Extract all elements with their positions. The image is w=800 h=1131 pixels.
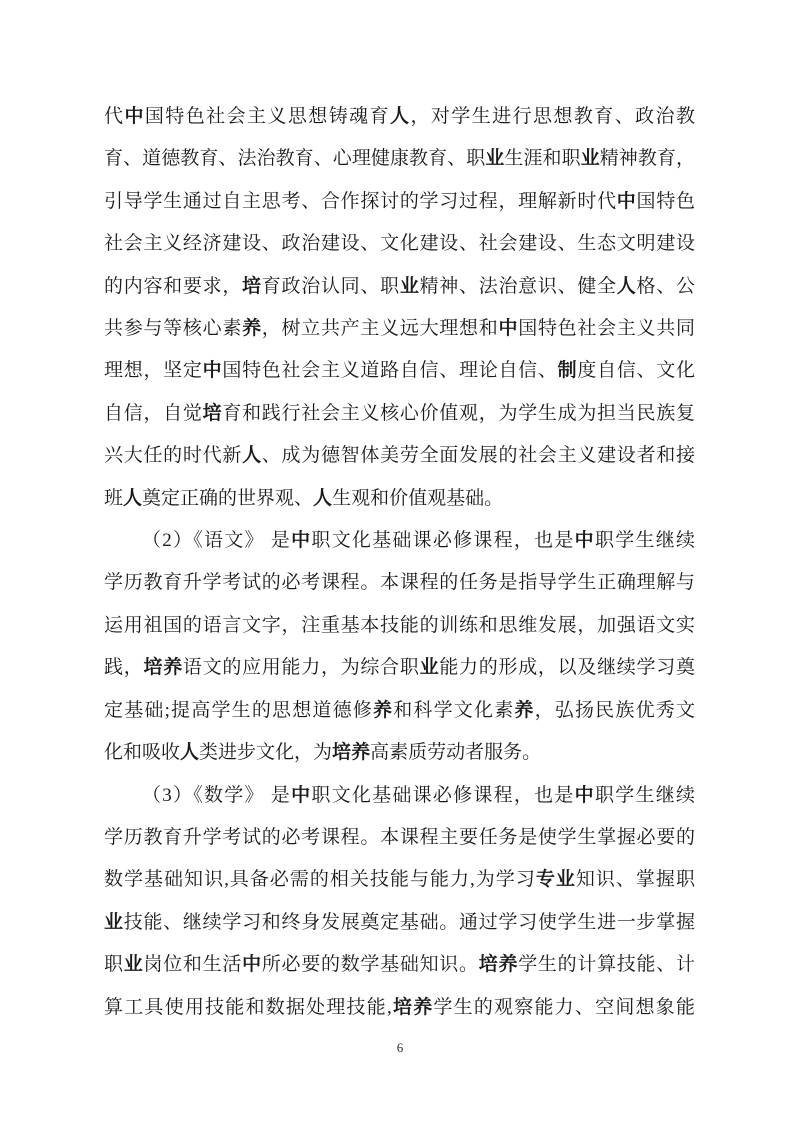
emphasized-char: 中 (124, 106, 144, 127)
text-line: 学历教育升学考试的必考课程。本课程主要任务是使学生掌握必要的 (104, 817, 695, 859)
emphasized-char: 养 (351, 742, 370, 763)
emphasized-char: 中 (498, 318, 518, 339)
text-line: 育、道德教育、法治教育、心理健康教育、职业生涯和职业精神教育， (104, 138, 695, 180)
paragraph: 代中国特色社会主义思想铸魂育人，对学生进行思想教育、政治教育、道德教育、法治教育… (104, 96, 695, 520)
document-body: 代中国特色社会主义思想铸魂育人，对学生进行思想教育、政治教育、道德教育、法治教育… (104, 96, 695, 1029)
emphasized-char: 业 (124, 954, 144, 975)
emphasized-char: 业 (581, 148, 600, 169)
emphasized-char: 人 (242, 445, 262, 466)
emphasized-char: 人 (313, 488, 332, 509)
text-line: 社会主义经济建设、政治建设、文化建设、社会建设、生态文明建设 (104, 223, 695, 265)
emphasized-char: 中 (203, 360, 223, 381)
text-line: 化和吸收人类进步文化，为培养高素质劳动者服务。 (104, 732, 695, 774)
emphasized-char: 培 (203, 403, 223, 424)
emphasized-char: 培 (392, 997, 413, 1018)
text-line: 共参与等核心素养，树立共产主义远大理想和中国特色社会主义共同 (104, 308, 695, 350)
text-line: 数学基础知识,具备必需的相关技能与能力,为学习专业知识、掌握职 (104, 859, 695, 901)
text-line: 定基础;提高学生的思想道德修养和科学文化素养，弘扬民族优秀文 (104, 690, 695, 732)
emphasized-char: 中 (575, 785, 595, 806)
emphasized-char: 养 (413, 997, 433, 1018)
paragraph: （2）《语文》 是中职文化基础课必修课程，也是中职学生继续学历教育升学考试的必考… (104, 520, 695, 774)
text-line: 职业岗位和生活中所必要的数学基础知识。培养学生的计算技能、计 (104, 944, 695, 986)
emphasized-char: 专 (536, 869, 556, 890)
text-line: 理想，坚定中国特色社会主义道路自信、理论自信、制度自信、文化 (104, 350, 695, 392)
emphasized-char: 养 (498, 954, 518, 975)
emphasized-char: 人 (617, 276, 637, 297)
emphasized-char: 培 (242, 276, 262, 297)
emphasized-char: 业 (104, 912, 124, 933)
emphasized-char: 中 (575, 530, 595, 551)
emphasized-char: 培 (332, 742, 351, 763)
emphasized-char: 中 (291, 785, 311, 806)
emphasized-char: 养 (514, 700, 534, 721)
emphasized-char: 人 (180, 742, 199, 763)
emphasized-char: 培 (479, 954, 499, 975)
text-line: 学历教育升学考试的必考课程。本课程的任务是指导学生正确理解与 (104, 562, 695, 604)
emphasized-char: 制 (558, 360, 578, 381)
emphasized-char: 养 (163, 657, 183, 678)
emphasized-char: 中 (291, 530, 311, 551)
text-line: 业技能、继续学习和终身发展奠定基础。通过学习使学生进一步掌握 (104, 902, 695, 944)
page-footer: 6 (0, 1038, 800, 1058)
emphasized-char: 中 (617, 191, 637, 212)
document-page: 代中国特色社会主义思想铸魂育人，对学生进行思想教育、政治教育、道德教育、法治教育… (0, 0, 800, 1131)
emphasized-char: 业 (556, 869, 576, 890)
emphasized-char: 业 (420, 657, 440, 678)
text-line: 自信，自觉培育和践行社会主义核心价值观，为学生成为担当民族复 (104, 393, 695, 435)
text-line: 算工具使用技能和数据处理技能,培养学生的观察能力、空间想象能 (104, 987, 695, 1029)
text-line: （3）《数学》 是中职文化基础课必修课程，也是中职学生继续 (104, 775, 695, 817)
text-line: 代中国特色社会主义思想铸魂育人，对学生进行思想教育、政治教 (104, 96, 695, 138)
text-line: 引导学生通过自主思考、合作探讨的学习过程，理解新时代中国特色 (104, 181, 695, 223)
text-line: 运用祖国的语言文字，注重基本技能的训练和思维发展，加强语文实 (104, 605, 695, 647)
emphasized-char: 养 (373, 700, 393, 721)
text-line: 班人奠定正确的世界观、人生观和价值观基础。 (104, 478, 695, 520)
text-line: （2）《语文》 是中职文化基础课必修课程，也是中职学生继续 (104, 520, 695, 562)
emphasized-char: 养 (242, 318, 262, 339)
paragraph: （3）《数学》 是中职文化基础课必修课程，也是中职学生继续学历教育升学考试的必考… (104, 775, 695, 1029)
emphasized-char: 人 (390, 106, 410, 127)
emphasized-char: 中 (242, 954, 262, 975)
text-line: 践，培养语文的应用能力，为综合职业能力的形成，以及继续学习奠 (104, 647, 695, 689)
emphasized-char: 人 (123, 488, 142, 509)
emphasized-char: 业 (400, 276, 420, 297)
text-line: 的内容和要求，培育政治认同、职业精神、法治意识、健全人格、公 (104, 266, 695, 308)
page-number: 6 (397, 1040, 404, 1055)
emphasized-char: 业 (485, 148, 504, 169)
emphasized-char: 培 (143, 657, 163, 678)
text-line: 兴大任的时代新人、成为德智体美劳全面发展的社会主义建设者和接 (104, 435, 695, 477)
